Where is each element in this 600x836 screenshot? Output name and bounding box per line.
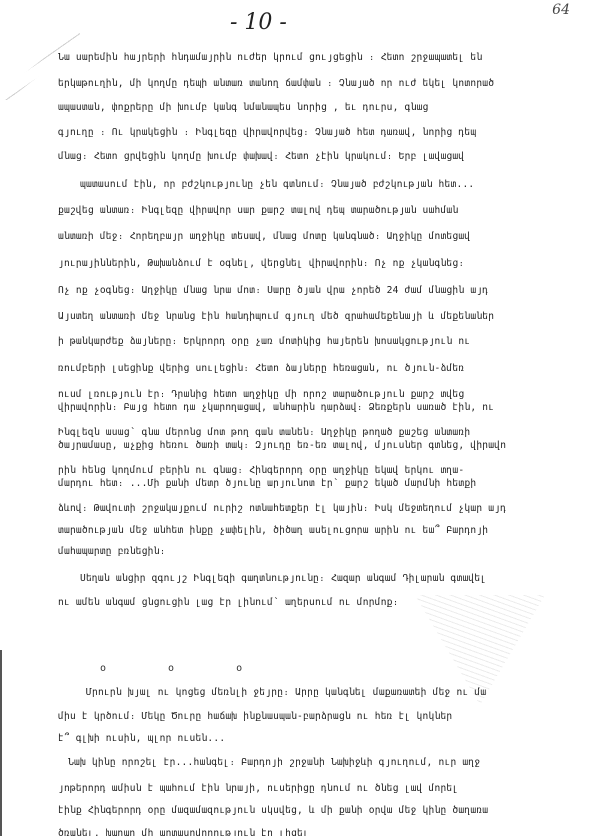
text-line: Նա սարեմին հայրերի հնդամայրին ուժեր կրու… [58, 52, 482, 63]
text-line: ապաստան, փոքրերը մի խումբ կանգ նմանապես … [58, 102, 429, 113]
text-line: ծայրամասը, աչքից հեռու ծառի տակ։ Զյուդը … [58, 440, 506, 451]
text-line: վիրավորին։ Բայց հետո դա չկարողացավ, անհա… [58, 402, 494, 413]
text-line: քաշվեց անտառ։ Ինգլեզը վիրավոր սար քարշ տ… [58, 205, 458, 216]
page-number: - 10 - [230, 10, 287, 35]
text-line: տարածության մեջ անհետ ինքը չափելին, ծիծա… [58, 525, 488, 536]
text-line: ու ամեն անգամ ցնցուցին լաց էր լինում՝ աղ… [58, 597, 399, 608]
text-line: մահապարտը բռնեցին։ [58, 546, 166, 557]
text-line: Ինգլեզն ասաց՝ գնա մերոնց մոտ թող գան տան… [58, 427, 470, 438]
handwritten-folio-number: 64 [552, 2, 570, 18]
document-page: 64 - 10 - Նա սարեմին հայրերի հնդամայրին … [0, 0, 600, 836]
text-line: Ոչ ոք չօգնեց։ Աղջիկը մնաց նրա մոտ։ Սարը … [58, 285, 488, 296]
text-line: երկաթուղին, մի կողմը դեպի անտառ տանող ճա… [58, 78, 494, 89]
text-line: մնաց։ Հետո ցրվեցին կողմը խումբ փախավ։ Հե… [58, 151, 464, 162]
text-line: ծռանել, խաղաղ մի արտասովորություն էր լից… [58, 828, 309, 836]
text-line: Այստեղ անտառի մեջ նրանց էին հանդիպում գյ… [58, 311, 494, 322]
text-line: Մրուրն խյալ ու կոցեց մեռնլի ջեյրը։ Արրը … [86, 687, 486, 698]
text-line: պատասում էին, որ բժշկությունը չեն գտնում… [80, 179, 474, 190]
text-line: Նախ կինը որոշել էր...հանգել։ Բարդոյի շրջ… [68, 757, 480, 768]
text-line: ուսմ լռություն էր։ Դրանից հետո աղջիկը մի… [58, 389, 464, 400]
text-line: ի թանկարժեք ձայները։ Երկրորդ օրը չառ մոտ… [58, 336, 470, 347]
text-line: ռումբերի լսեցինք վերից սուլեցին։ Հետո ձա… [58, 363, 464, 374]
corner-hatching-mark [0, 30, 80, 100]
left-margin-edge [0, 650, 2, 836]
text-line: անտառի մեջ։ Հորեղբայր աղջիկը տեսավ, մնաց… [58, 231, 470, 242]
text-line: միս է կրծում։ Մեկը Ծուրը հաճախ ինքնասպան… [58, 711, 452, 722]
text-line: յուրայիններին, Թախանձում է օգնել, վերցնե… [58, 258, 464, 269]
text-line: յոթերորդ ամիսն է պահում էին նրայի, ուսեր… [58, 783, 458, 794]
text-line: ձևով։ Թավուտի շրջակայքում ուրիշ ոտնահետք… [58, 503, 506, 514]
text-line: մարդու հետ։ ...Մի քանի մետր ծյունը արյու… [58, 478, 476, 489]
text-line: րին հենց կողմում բերին ու գնաց։ Հինգերոր… [58, 465, 464, 476]
text-line: Սեղան անցիր զգույշ Ինգլեզի գաղտնությունը… [80, 573, 486, 584]
text-line: էինք Հինգերորդ օրը մազամազություն սկսվեց… [58, 805, 488, 816]
text-line: գյուղը ։ Ու կրակեցին ։ Ինգլեզը վիրավորվե… [58, 127, 476, 138]
text-line: է՞ գլխի ուսին, պլոր ուսեն... [58, 733, 225, 744]
section-divider: o o o [100, 663, 270, 674]
